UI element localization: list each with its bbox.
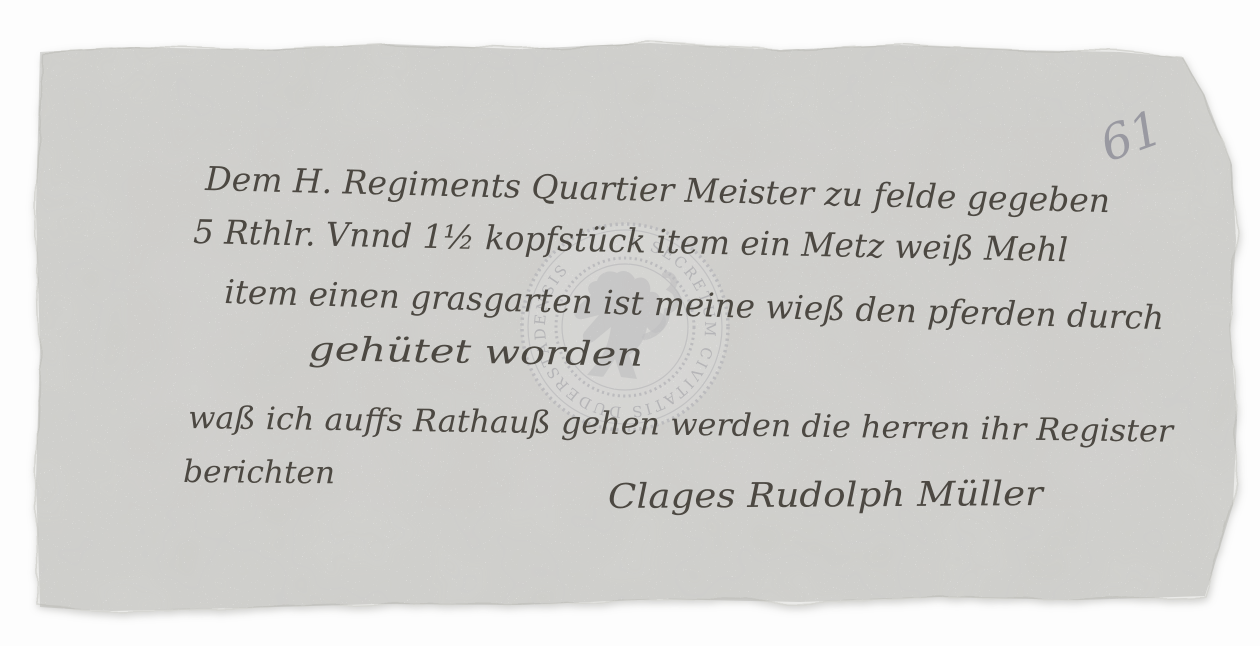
manuscript-line-4: gehütet worden xyxy=(308,329,644,374)
manuscript-svg: + SECRETUM CIVITATIS DUDERSTADENSIS Dem … xyxy=(0,0,1260,646)
manuscript-line-6: berichten xyxy=(183,454,335,491)
document-scan: + SECRETUM CIVITATIS DUDERSTADENSIS Dem … xyxy=(0,0,1260,646)
signature: Clages Rudolph Müller xyxy=(608,474,1045,517)
